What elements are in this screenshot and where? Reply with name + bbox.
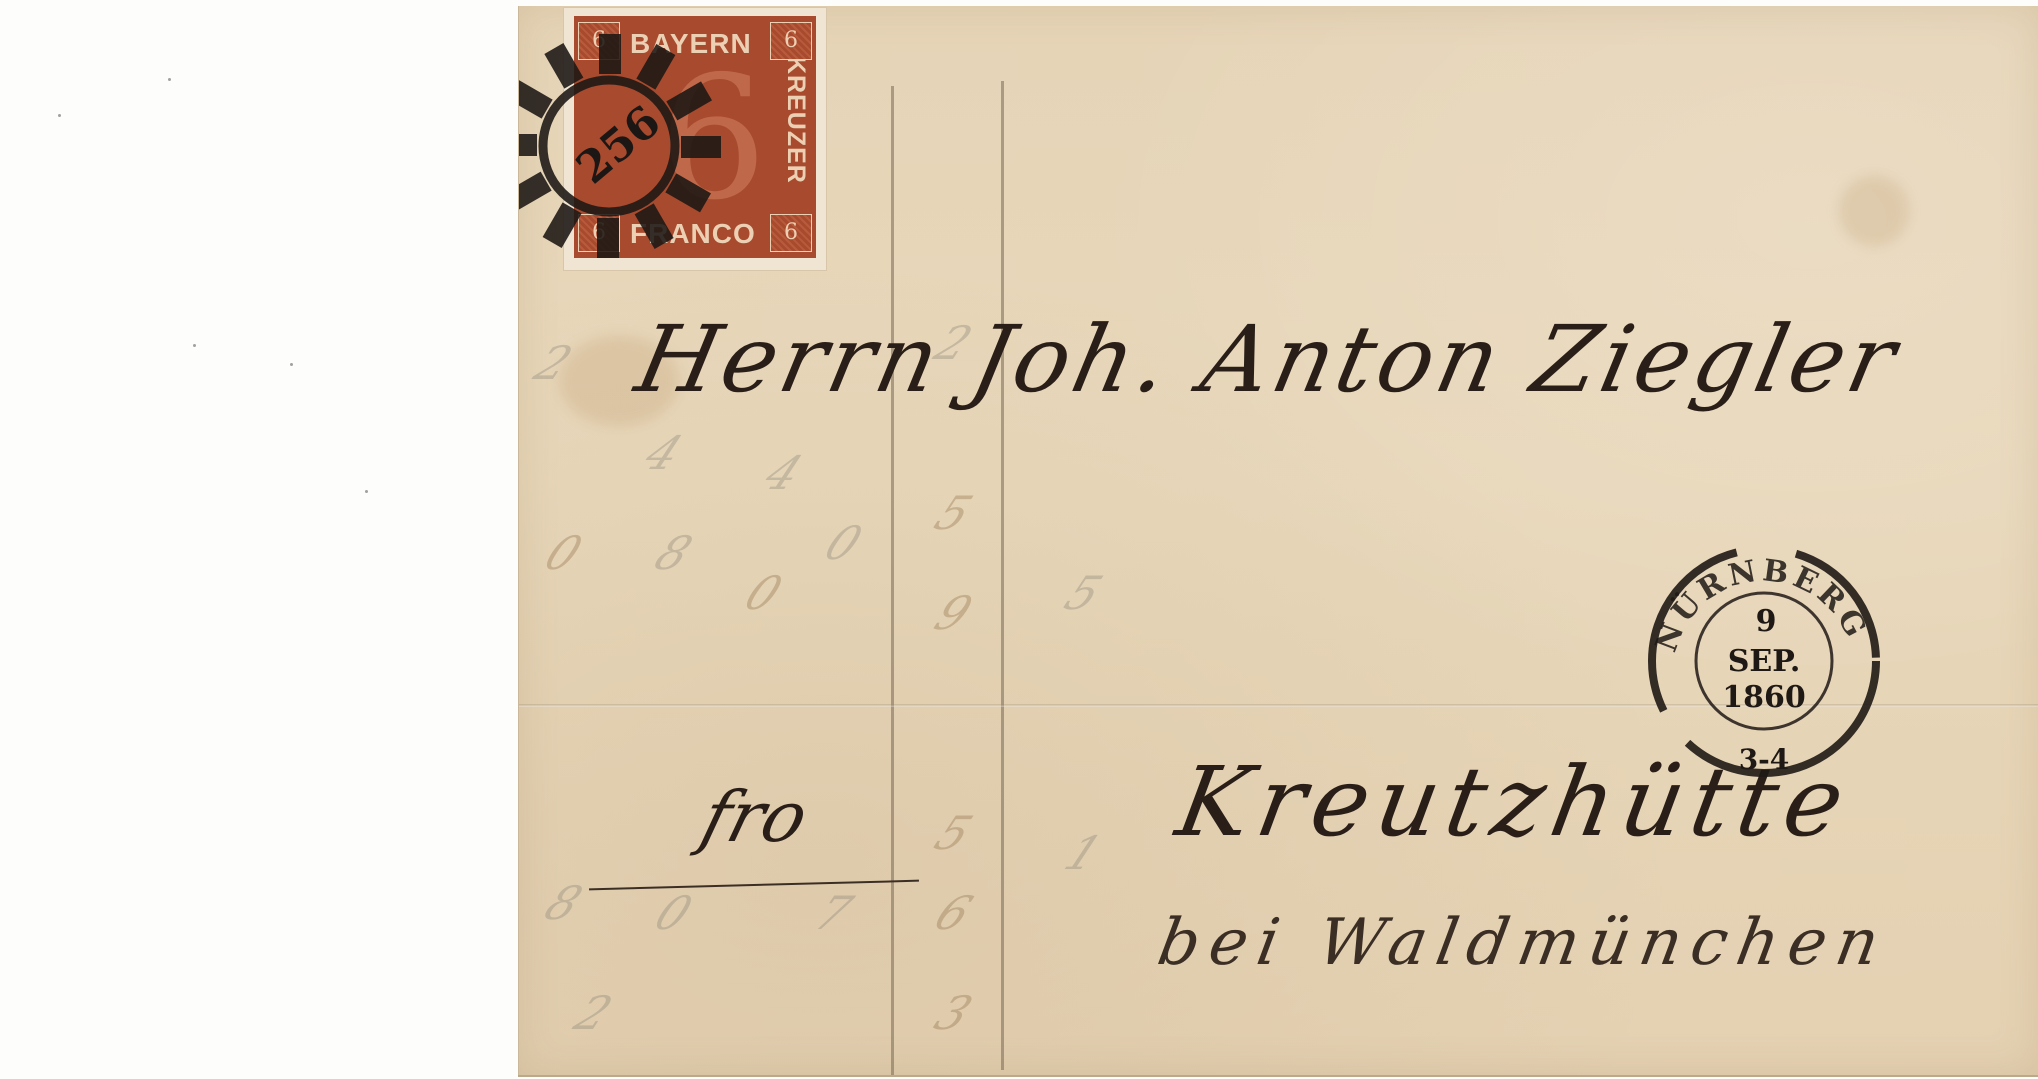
postmark-datestamp-icon: NÜRNBERG 9 SEP. 1860 3-4 xyxy=(1634,531,1894,791)
postmark-year: 1860 xyxy=(1722,680,1806,715)
paper-stain xyxy=(1839,176,1909,246)
ruled-line-right xyxy=(1001,81,1004,1070)
dust-speck xyxy=(193,344,196,347)
ghost-numeral: 7 xyxy=(806,886,860,940)
dust-speck xyxy=(168,78,171,81)
ghost-numeral: 0 xyxy=(816,516,870,570)
dust-speck xyxy=(365,490,368,493)
ghost-numeral: 9 xyxy=(926,586,980,640)
postmark-day: 9 xyxy=(1756,604,1777,639)
postmark-time: 3-4 xyxy=(1739,743,1790,776)
stamp-value-label: KREUZER xyxy=(781,56,810,184)
dust-speck xyxy=(58,114,61,117)
ghost-numeral: 4 xyxy=(756,446,810,500)
stamp-corner-value: 6 xyxy=(770,214,812,252)
ghost-numeral: 0 xyxy=(736,566,790,620)
franco-underline xyxy=(589,880,919,891)
ghost-numeral: 6 xyxy=(926,886,980,940)
ghost-numeral: 5 xyxy=(926,806,980,860)
dust-speck xyxy=(290,363,293,366)
ghost-numeral: 3 xyxy=(926,986,980,1040)
ghost-numeral: 4 xyxy=(636,426,690,480)
postmark-month: SEP. xyxy=(1728,644,1801,679)
stamp-corner-value: 6 xyxy=(770,22,812,60)
address-via: bei Waldmünchen xyxy=(1152,906,1894,980)
ruled-line-left xyxy=(891,86,894,1075)
address-recipient: Herrn Joh. Anton Ziegler xyxy=(628,306,1909,413)
ghost-numeral: 8 xyxy=(646,526,700,580)
postal-cover: 2 4 4 0 8 0 0 5 2 9 5 5 7 8 0 6 1 2 3 6 … xyxy=(518,6,2038,1075)
ghost-numeral: 5 xyxy=(926,486,980,540)
ghost-numeral: 1 xyxy=(1056,826,1110,880)
ghost-numeral: 0 xyxy=(536,526,590,580)
ghost-numeral: 0 xyxy=(646,886,700,940)
ghost-numeral: 8 xyxy=(536,876,590,930)
ghost-numeral: 2 xyxy=(566,986,620,1040)
cancel-number: 256 xyxy=(567,96,670,194)
franco-note: fro xyxy=(693,776,816,858)
ghost-numeral: 5 xyxy=(1056,566,1110,620)
millwheel-cancel-icon: 256 xyxy=(518,26,729,266)
